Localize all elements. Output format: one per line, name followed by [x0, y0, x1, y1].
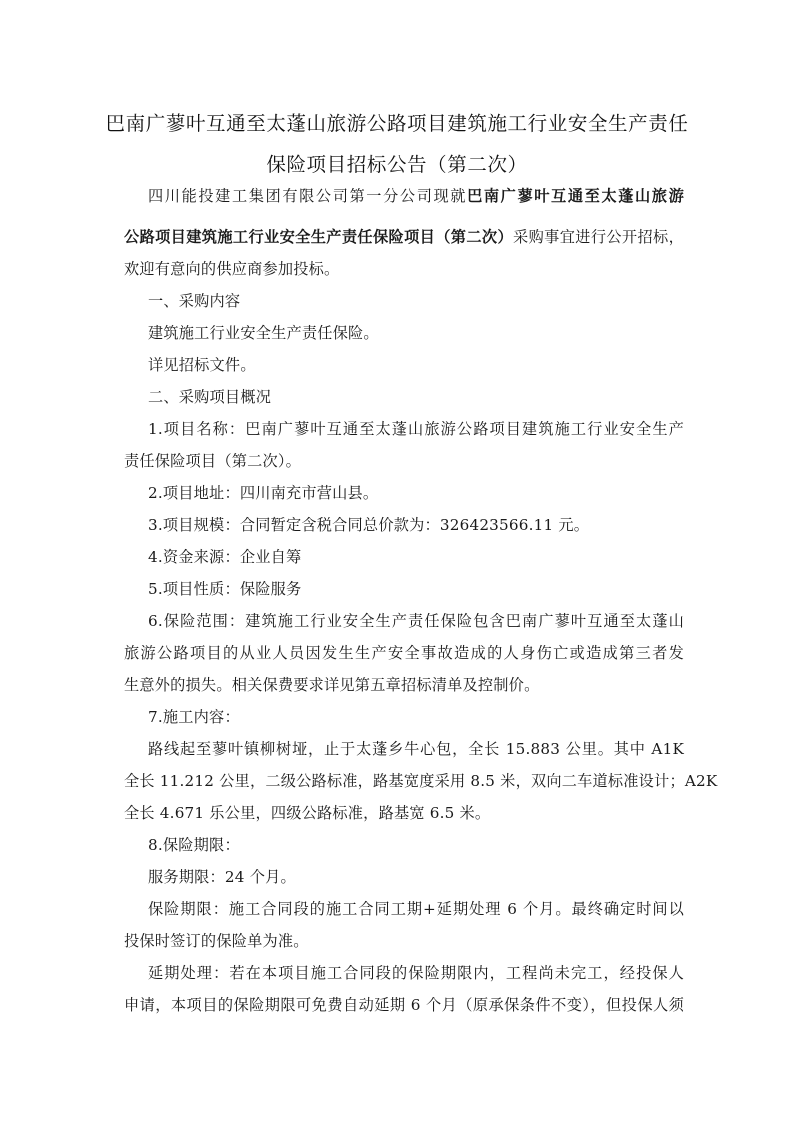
- item-6-line-3: 生意外的损失。相关保费要求详见第五章招标清单及控制价。: [124, 675, 684, 695]
- item-2-project-address: 2.项目地址：四川南充市营山县。: [148, 483, 684, 503]
- intro-project-name: 巴南广蓼叶互通至太蓬山旅游: [467, 187, 684, 205]
- item-6-line-1: 6.保险范围：建筑施工行业安全生产责任保险包含巴南广蓼叶互通至太蓬山: [148, 611, 684, 631]
- document-page: 巴南广蓼叶互通至太蓬山旅游公路项目建筑施工行业安全生产责任 保险项目招标公告（第…: [0, 0, 794, 1123]
- construction-line-3: 全长 4.671 乐公里，四级公路标准，路基宽 6.5 米。: [124, 803, 684, 823]
- section-1-text-1: 建筑施工行业安全生产责任保险。: [148, 323, 684, 343]
- intro-issuer: 四川能投建工集团有限公司第一分公司现就: [148, 187, 467, 205]
- intro-purpose: 采购事宜进行公开招标，: [513, 228, 684, 246]
- item-4-funding-source: 4.资金来源：企业自筹: [148, 547, 684, 567]
- intro-line-1: 四川能投建工集团有限公司第一分公司现就巴南广蓼叶互通至太蓬山旅游: [148, 186, 684, 206]
- extension-line-1: 延期处理：若在本项目施工合同段的保险期限内，工程尚未完工，经投保人: [148, 963, 684, 983]
- item-3-project-scale: 3.项目规模：合同暂定含税合同总价款为：326423566.11 元。: [148, 515, 684, 535]
- section-2-heading: 二、采购项目概况: [148, 387, 684, 407]
- item-1-line-1: 1.项目名称：巴南广蓼叶互通至太蓬山旅游公路项目建筑施工行业安全生产: [148, 419, 684, 439]
- section-1-text-2: 详见招标文件。: [148, 355, 684, 375]
- item-7-heading: 7.施工内容：: [148, 707, 684, 727]
- section-1-heading: 一、采购内容: [148, 291, 684, 311]
- service-period: 服务期限：24 个月。: [148, 867, 684, 887]
- construction-line-2: 全长 11.212 公里，二级公路标准，路基宽度采用 8.5 米，双向二车道标准…: [124, 771, 684, 791]
- insurance-period-line-1: 保险期限：施工合同段的施工合同工期+延期处理 6 个月。最终确定时间以: [148, 899, 684, 919]
- item-6-line-2: 旅游公路项目的从业人员因发生生产安全事故造成的人身伤亡或造成第三者发: [124, 643, 684, 663]
- intro-line-3: 欢迎有意向的供应商参加投标。: [124, 259, 684, 279]
- document-title-line-1: 巴南广蓼叶互通至太蓬山旅游公路项目建筑施工行业安全生产责任: [0, 108, 794, 136]
- extension-line-2: 申请，本项目的保险期限可免费自动延期 6 个月（原承保条件不变），但投保人须: [124, 995, 684, 1015]
- document-title-line-2: 保险项目招标公告（第二次）: [0, 149, 794, 177]
- item-5-project-nature: 5.项目性质：保险服务: [148, 579, 684, 599]
- item-1-line-2: 责任保险项目（第二次）。: [124, 451, 684, 471]
- insurance-period-line-2: 投保时签订的保险单为准。: [124, 931, 684, 951]
- intro-project-name-cont: 公路项目建筑施工行业安全生产责任保险项目（第二次）: [124, 228, 513, 246]
- intro-line-2: 公路项目建筑施工行业安全生产责任保险项目（第二次）采购事宜进行公开招标，: [124, 227, 684, 247]
- item-8-heading: 8.保险期限：: [148, 835, 684, 855]
- construction-line-1: 路线起至蓼叶镇柳树垭，止于太蓬乡牛心包，全长 15.883 公里。其中 A1K: [148, 739, 684, 759]
